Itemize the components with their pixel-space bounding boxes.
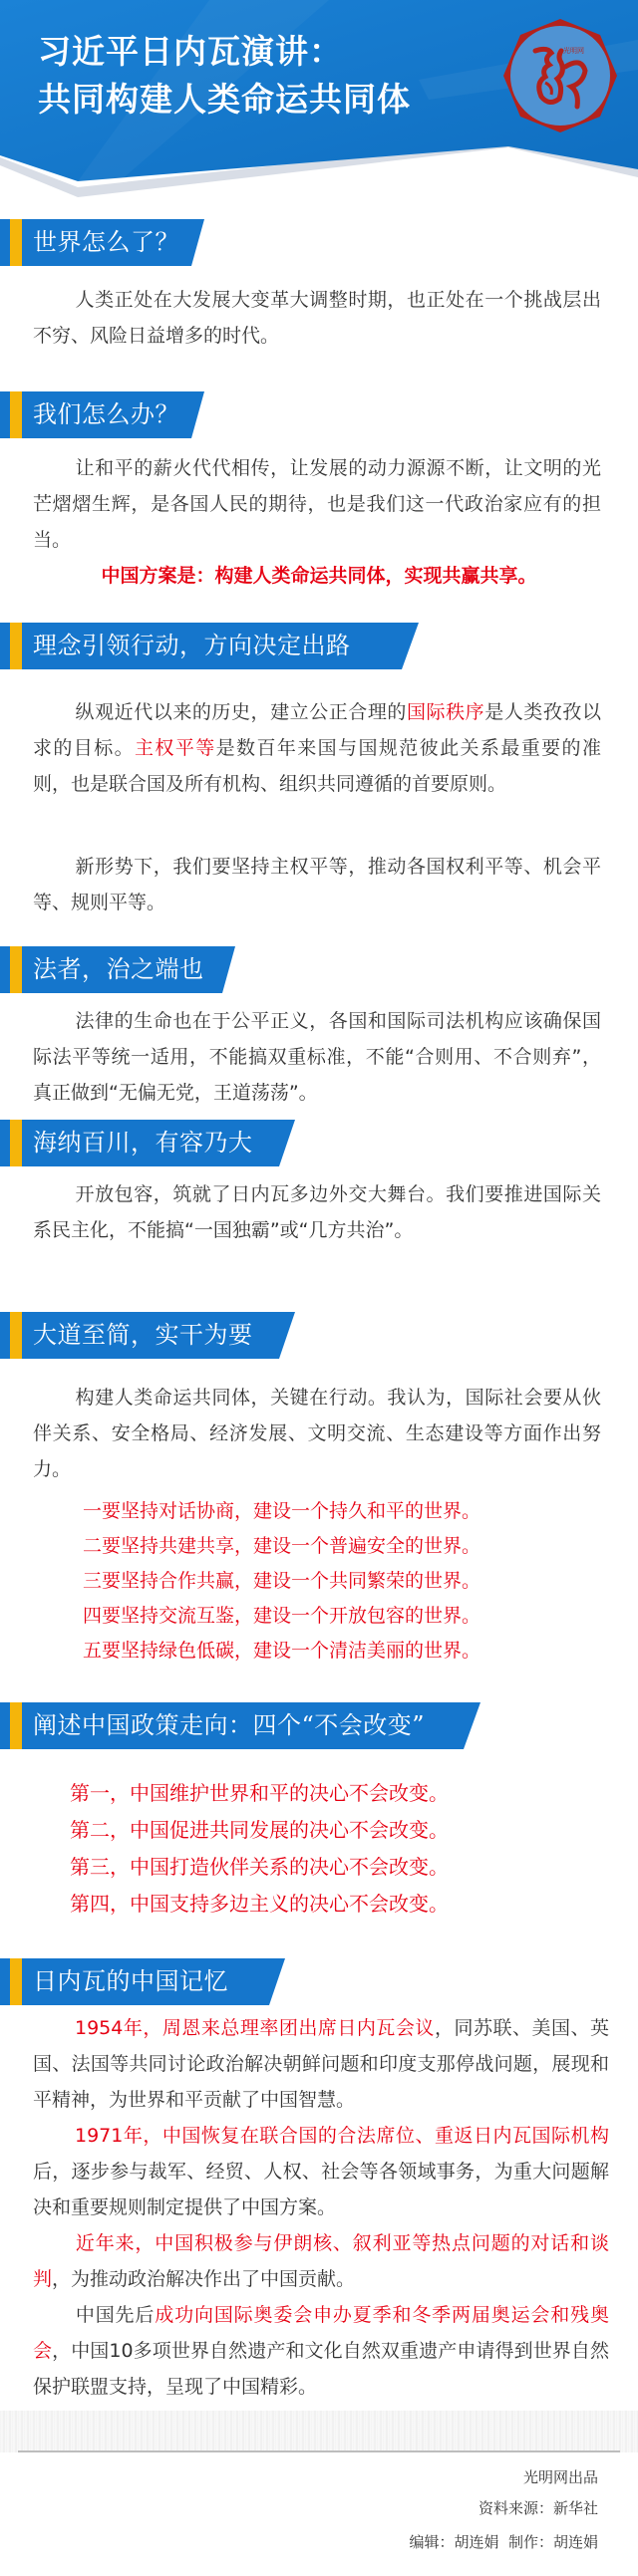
producer-credit: 光明网出品 bbox=[199, 2463, 598, 2492]
paragraph-text: 让和平的薪火代代相传，让发展的动力源源不断，让文明的光芒熠熠生辉，是各国人民的期… bbox=[33, 457, 601, 551]
paragraph: 人类正处在大发展大变革大调整时期，也正处在一个挑战层出不穷、风险日益增多的时代。 bbox=[33, 282, 601, 354]
list-item: 五要坚持绿色低碳，建设一个清洁美丽的世界。 bbox=[83, 1634, 480, 1669]
paragraph-1954: 1954年，周恩来总理率团出席日内瓦会议，同苏联、美国、英国、法国等共同讨论政治… bbox=[33, 2010, 609, 2118]
highlight-international-order: 国际秩序 bbox=[407, 701, 484, 723]
section-header-inclusiveness: 海纳百川，有容乃大 bbox=[0, 1120, 299, 1166]
page-title: 习近平日内瓦演讲： 共同构建人类命运共同体 bbox=[38, 28, 411, 124]
china-plan-highlight: 中国方案是：构建人类命运共同体，实现共赢共享。 bbox=[0, 558, 638, 594]
text-segment: 纵观近代以来的历史，建立公正合理的 bbox=[75, 701, 407, 723]
paragraph: 纵观近代以来的历史，建立公正合理的国际秩序是人类孜孜以求的目标。主权平等是数百年… bbox=[33, 694, 601, 802]
list-item: 第四，中国支持多边主义的决心不会改变。 bbox=[70, 1886, 449, 1923]
staff-credit: 编辑：胡连娟 制作：胡连娟 bbox=[199, 2528, 598, 2557]
section-header-what-to-do: 我们怎么办？ bbox=[0, 391, 209, 438]
highlight-1954: 1954年，周恩来总理率团出席日内瓦会议 bbox=[75, 2017, 435, 2039]
list-item: 一要坚持对话协商，建设一个持久和平的世界。 bbox=[83, 1494, 480, 1529]
paragraph-recent-years: 近年来，中国积极参与伊朗核、叙利亚等热点问题的对话和谈判，为推动政治解决作出了中… bbox=[33, 2225, 609, 2297]
highlight-1971: 1971年，中国恢复在联合国的合法席位、重返日内瓦国际机构 bbox=[75, 2125, 609, 2147]
footer-divider bbox=[18, 2450, 620, 2452]
section-header-world: 世界怎么了？ bbox=[0, 219, 209, 266]
paragraph: 开放包容，筑就了日内瓦多边外交大舞台。我们要推进国际关系民主化，不能搞“一国独霸… bbox=[33, 1176, 601, 1248]
section-header-action-matters: 大道至简，实干为要 bbox=[0, 1312, 299, 1359]
paragraph-text: 人类正处在大发展大变革大调整时期，也正处在一个挑战层出不穷、风险日益增多的时代。 bbox=[33, 289, 601, 347]
list-item: 三要坚持合作共赢，建设一个共同繁荣的世界。 bbox=[83, 1564, 480, 1599]
paragraph-text: 法律的生命也在于公平正义，各国和国际司法机构应该确保国际法平等统一适用，不能搞双… bbox=[33, 1010, 601, 1104]
four-unchanged-list: 第一，中国维护世界和平的决心不会改变。 第二，中国促进共同发展的决心不会改变。 … bbox=[70, 1775, 449, 1923]
paragraph: 新形势下，我们要坚持主权平等，推动各国权利平等、机会平等、规则平等。 bbox=[33, 849, 601, 920]
paragraph-olympics: 中国先后成功向国际奥委会申办夏季和冬季两届奥运会和残奥会，中国10多项世界自然遗… bbox=[33, 2297, 609, 2405]
paragraph-text: 新形势下，我们要坚持主权平等，推动各国权利平等、机会平等、规则平等。 bbox=[33, 856, 601, 913]
section-header-policy-direction: 阐述中国政策走向：四个“不会改变” bbox=[0, 1702, 483, 1749]
text-segment: ，为推动政治解决作出了中国贡献。 bbox=[52, 2268, 355, 2290]
text-segment: ，中国10多项世界自然遗产和文化自然双重遗产申请得到世界自然保护联盟支持，呈现了… bbox=[33, 2340, 609, 2398]
section-title: 日内瓦的中国记忆 bbox=[33, 1958, 228, 2005]
section-header-rule-of-law: 法者，治之端也 bbox=[0, 946, 239, 993]
section-title: 我们怎么办？ bbox=[33, 391, 179, 438]
section-title: 阐述中国政策走向：四个“不会改变” bbox=[33, 1702, 425, 1749]
list-item: 第三，中国打造伙伴关系的决心不会改变。 bbox=[70, 1849, 449, 1886]
section-title: 理念引领行动，方向决定出路 bbox=[33, 623, 351, 669]
title-line-2: 共同构建人类命运共同体 bbox=[38, 76, 411, 124]
list-item: 第二，中国促进共同发展的决心不会改变。 bbox=[70, 1812, 449, 1849]
section-header-ideas-lead-action: 理念引领行动，方向决定出路 bbox=[0, 623, 424, 669]
section-title: 世界怎么了？ bbox=[33, 219, 179, 266]
section-title: 大道至简，实干为要 bbox=[33, 1312, 253, 1359]
xinhua-seal-icon: 光明网 bbox=[501, 17, 619, 134]
section-header-geneva-memory: 日内瓦的中国记忆 bbox=[0, 1958, 289, 2005]
source-credit: 资料来源：新华社 bbox=[199, 2494, 598, 2523]
footer-decoration bbox=[0, 2411, 638, 2452]
title-line-1: 习近平日内瓦演讲： bbox=[38, 28, 411, 76]
svg-text:光明网: 光明网 bbox=[563, 46, 584, 55]
paragraph: 让和平的薪火代代相传，让发展的动力源源不断，让文明的光芒熠熠生辉，是各国人民的期… bbox=[33, 450, 601, 558]
highlight-sovereign-equality: 主权平等 bbox=[135, 737, 216, 759]
paragraph: 构建人类命运共同体，关键在行动。我认为，国际社会要从伙伴关系、安全格局、经济发展… bbox=[33, 1380, 601, 1487]
section-title: 法者，治之端也 bbox=[33, 946, 204, 993]
section-title: 海纳百川，有容乃大 bbox=[33, 1120, 253, 1166]
text-segment: 后，逐步参与裁军、经贸、人权、社会等各领域事务，为重大问题解决和重要规则制定提供… bbox=[33, 2161, 609, 2218]
banner: 习近平日内瓦演讲： 共同构建人类命运共同体 光明网 bbox=[0, 0, 638, 214]
paragraph-text: 构建人类命运共同体，关键在行动。我认为，国际社会要从伙伴关系、安全格局、经济发展… bbox=[33, 1387, 601, 1480]
list-item: 第一，中国维护世界和平的决心不会改变。 bbox=[70, 1775, 449, 1812]
list-item: 二要坚持共建共享，建设一个普遍安全的世界。 bbox=[83, 1529, 480, 1564]
paragraph-1971: 1971年，中国恢复在联合国的合法席位、重返日内瓦国际机构后，逐步参与裁军、经贸… bbox=[33, 2118, 609, 2225]
paragraph-text: 开放包容，筑就了日内瓦多边外交大舞台。我们要推进国际关系民主化，不能搞“一国独霸… bbox=[33, 1183, 601, 1241]
text-segment: 中国先后 bbox=[75, 2304, 155, 2326]
paragraph: 法律的生命也在于公平正义，各国和国际司法机构应该确保国际法平等统一适用，不能搞双… bbox=[33, 1003, 601, 1111]
list-item: 四要坚持交流互鉴，建设一个开放包容的世界。 bbox=[83, 1599, 480, 1634]
five-commitments-list: 一要坚持对话协商，建设一个持久和平的世界。 二要坚持共建共享，建设一个普遍安全的… bbox=[83, 1494, 480, 1669]
